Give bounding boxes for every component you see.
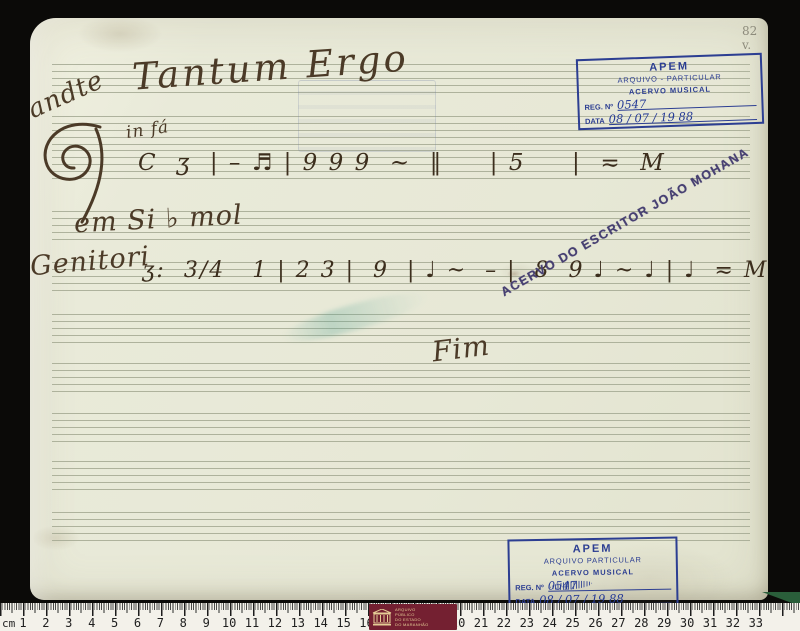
ruler-number: 33 [749,616,763,630]
ruler-number: 32 [726,616,740,630]
measuring-ruler: cm 1234567891011121314151617181920212223… [0,603,800,631]
archive-logo: ARQUIVO PÚBLICO DO ESTADO DO MARANHÃO [369,604,457,630]
archive-stamp-bottom: APEM ARQUIVO PARTICULAR ACERVO MUSICAL R… [507,537,678,611]
ruler-number: 9 [203,616,210,630]
ruler-number: 25 [565,616,579,630]
ruler-number: 5 [111,616,118,630]
scanned-manuscript-photo: 82 v. andte Tantum Ergo in fá C ʒ | – ♬ … [0,0,800,631]
stamp-subtitle: ARQUIVO PARTICULAR [515,555,671,567]
stamp-bleedthrough [298,80,436,152]
reg-label: REG. Nº [515,583,544,592]
date-value: 08 / 07 / 19 88 [608,109,757,125]
manuscript-page: 82 v. andte Tantum Ergo in fá C ʒ | – ♬ … [30,18,768,600]
date-label: DATA [585,116,605,126]
ruler-number: 13 [291,616,305,630]
ruler-number: 29 [657,616,671,630]
ruler-number: 10 [222,616,236,630]
ruler-number: 28 [634,616,648,630]
ruler-number: 30 [680,616,694,630]
music-staff [52,314,750,349]
ruler-number: 26 [588,616,602,630]
folio-number-label: 82 v. [742,24,768,52]
music-staff [52,413,750,448]
ruler-number: 2 [42,616,49,630]
ruler-number: 14 [313,616,327,630]
ruler-unit-label: cm [2,617,15,630]
music-staff [52,363,750,398]
ruler-number: 23 [520,616,534,630]
end-marking-fim: Fim [430,329,492,369]
ruler-number: 27 [611,616,625,630]
music-notation-line-1: C ʒ | – ♬ | 9 9 9 ~ ‖ | 5 | ≂ M [138,150,666,176]
reg-value-scribbled: 0547 [548,579,672,592]
building-icon [372,609,392,626]
ruler-number: 31 [703,616,717,630]
stamp-date-row: DATA 08 / 07 / 19 88 [585,109,757,126]
logo-line: DO MARANHÃO [395,622,429,627]
ruler-number: 3 [65,616,72,630]
music-staff [52,461,750,496]
archive-logo-text: ARQUIVO PÚBLICO DO ESTADO DO MARANHÃO [395,607,429,627]
ruler-number: 22 [497,616,511,630]
ruler-number: 7 [157,616,164,630]
stamp-collection: ACERVO MUSICAL [515,567,671,579]
music-notation-line-2: ʒ: 3/4 1 | 2 3 | 9 | ♩ ~ – | 8 9 ♩ ~ ♩ |… [142,258,768,283]
ruler-number: 8 [180,616,187,630]
reg-label: REG. Nº [584,102,613,112]
stamp-reg-row: REG. Nº 0547 [515,579,671,593]
ruler-number: 24 [542,616,556,630]
ruler-number: 11 [245,616,259,630]
ruler-number: 15 [336,616,350,630]
ruler-number: 6 [134,616,141,630]
archive-stamp-top: APEM ARQUIVO - PARTICULAR ACERVO MUSICAL… [576,53,764,130]
ruler-number: 21 [474,616,488,630]
ruler-number: 12 [268,616,282,630]
ruler-number: 1 [19,616,26,630]
ruler-number: 4 [88,616,95,630]
